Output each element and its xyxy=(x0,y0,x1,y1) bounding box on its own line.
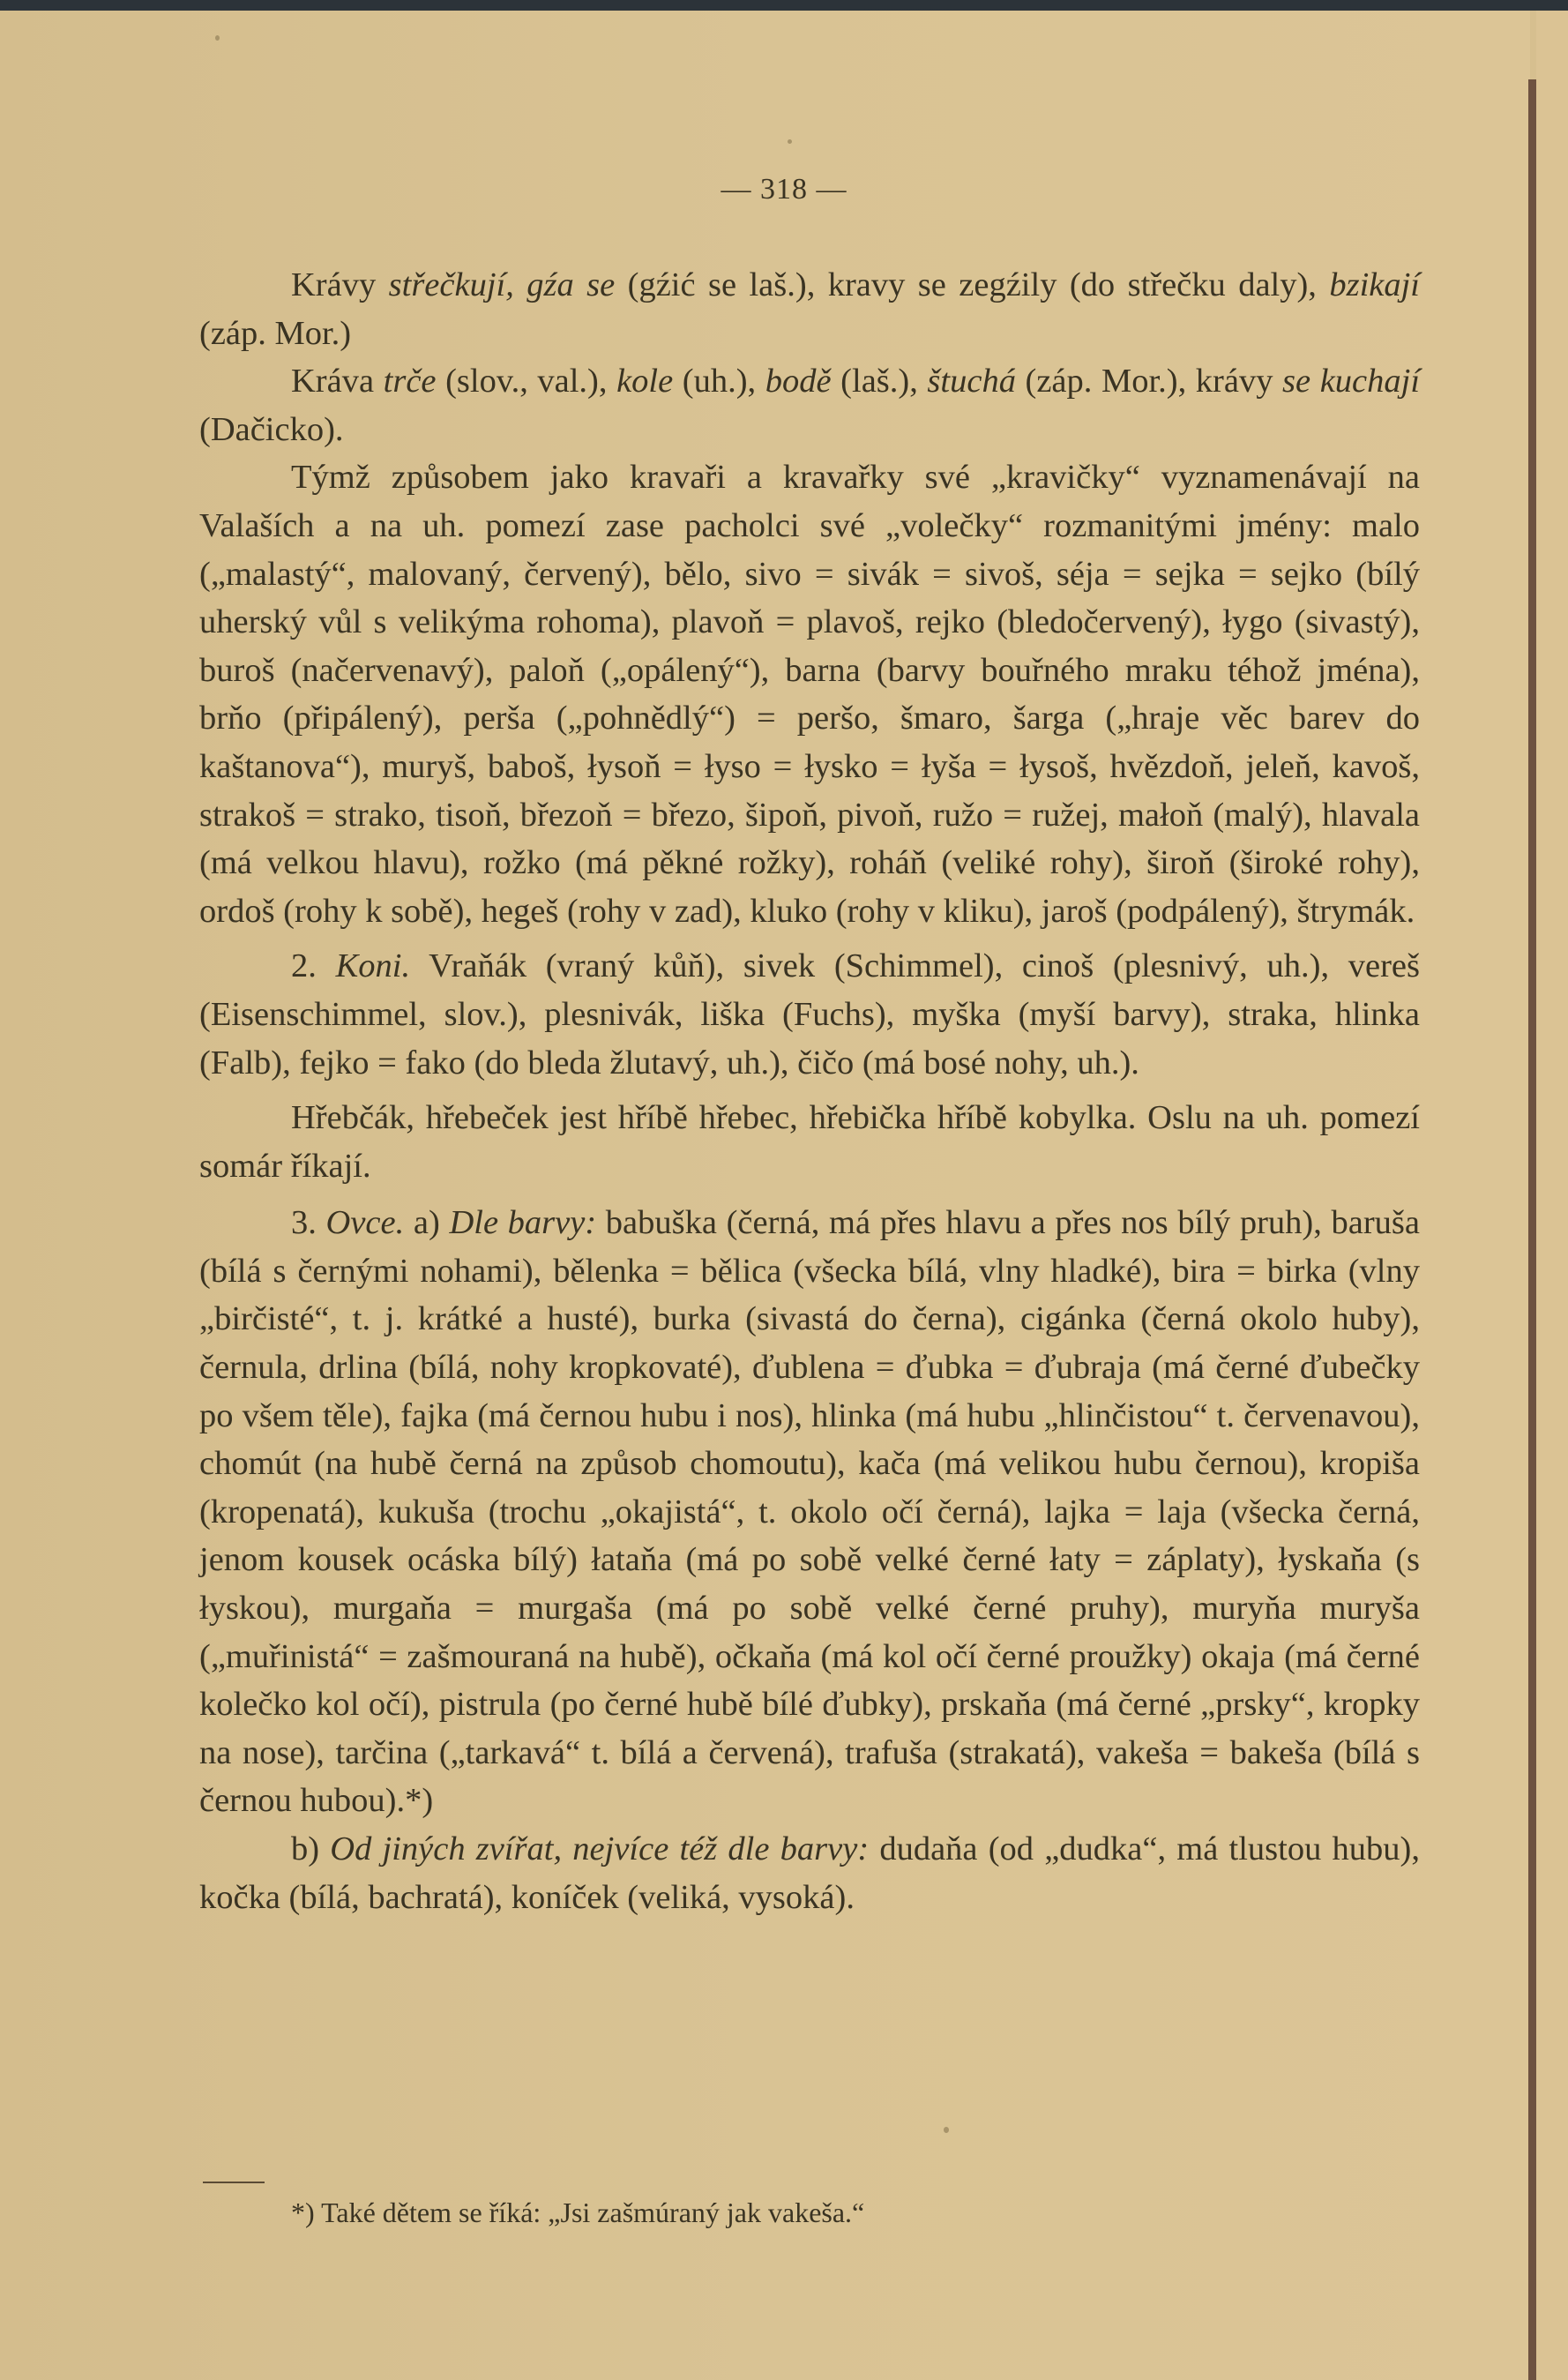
paragraph-cows-1: Krávy střečkují, gźa se (gźić se laš.), … xyxy=(199,261,1420,357)
italic-term: trče xyxy=(384,363,437,400)
paragraph-sheep-animals: b) Od jiných zvířat, nejvíce též dle bar… xyxy=(199,1825,1420,1921)
text-segment: Krávy xyxy=(291,266,389,303)
italic-term: Od jiných zvířat, nejvíce též dle barvy: xyxy=(330,1830,869,1867)
text-segment: (gźić se laš.), kravy se zegźily (do stř… xyxy=(615,266,1329,303)
paragraph-oxen-names: Týmž způsobem jako kravaři a kravařky sv… xyxy=(199,453,1420,935)
text-segment: 3. xyxy=(291,1204,326,1241)
paper-speck xyxy=(788,139,792,144)
italic-term: bzikají xyxy=(1329,266,1420,303)
italic-term: Ovce. xyxy=(326,1204,405,1241)
scan-top-edge xyxy=(0,0,1568,11)
body-text: Krávy střečkují, gźa se (gźić se laš.), … xyxy=(199,261,1420,1921)
paragraph-foals: Hřebčák, hřebeček jest hříbě hřebec, hře… xyxy=(199,1094,1420,1190)
italic-term: Koni. xyxy=(336,947,411,984)
paragraph-sheep-color: 3. Ovce. a) Dle barvy: babuška (černá, m… xyxy=(199,1199,1420,1825)
italic-term: se kuchají xyxy=(1282,363,1420,400)
paragraph-horses: 2. Koni. Vraňák (vraný kůň), sivek (Schi… xyxy=(199,942,1420,1087)
text-segment: b) xyxy=(291,1830,330,1867)
paper-speck xyxy=(215,35,220,41)
italic-term: Dle barvy: xyxy=(449,1204,596,1241)
text-segment: 2. xyxy=(291,947,336,984)
text-segment: (záp. Mor.), krávy xyxy=(1016,363,1282,400)
text-segment: Kráva xyxy=(291,363,384,400)
italic-term: střečkují, gźa se xyxy=(389,266,616,303)
paragraph-cows-2: Kráva trče (slov., val.), kole (uh.), bo… xyxy=(199,357,1420,453)
text-segment: a) xyxy=(404,1204,449,1241)
text-segment: (Dačicko). xyxy=(199,411,344,448)
adjacent-page-edge xyxy=(1536,11,1568,2380)
footnote: *) Také dětem se říká: „Jsi zašmúraný ja… xyxy=(291,2195,864,2230)
book-gutter xyxy=(1528,79,1536,2380)
text-segment: (uh.), xyxy=(673,363,765,400)
text-segment: babuška (černá, má přes hlavu a přes nos… xyxy=(199,1204,1420,1819)
italic-term: kole xyxy=(616,363,673,400)
italic-term: bodě xyxy=(765,363,832,400)
italic-term: štuchá xyxy=(927,363,1016,400)
text-segment: (záp. Mor.) xyxy=(199,315,351,352)
text-segment: (slov., val.), xyxy=(437,363,617,400)
page-number: — 318 — xyxy=(0,173,1568,206)
text-segment: Hřebčák, hřebeček jest hříbě hřebec, hře… xyxy=(199,1099,1420,1185)
paper-speck xyxy=(944,2127,949,2133)
text-segment: (laš.), xyxy=(832,363,928,400)
footnote-divider xyxy=(203,2182,265,2183)
text-segment: Týmž způsobem jako kravaři a kravařky sv… xyxy=(199,459,1420,929)
